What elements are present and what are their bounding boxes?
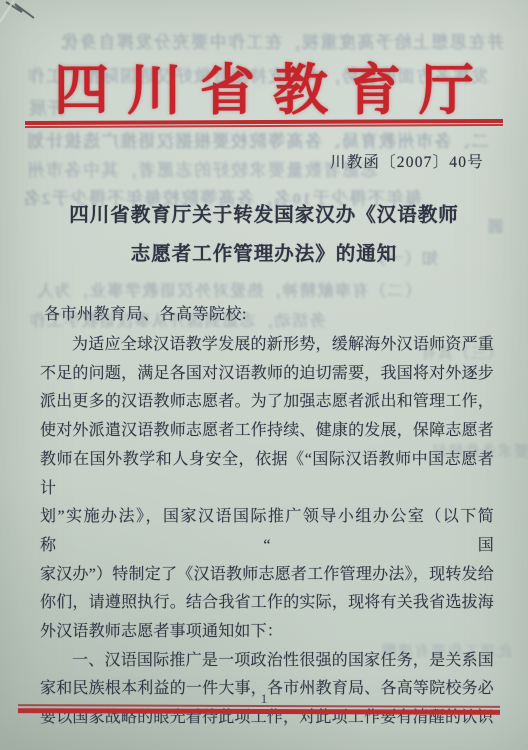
bleedthrough-text: （二）有奉献精神，热爱对外汉语教学事业，为人 <box>36 278 421 301</box>
paragraph-line: 派出更多的汉语教师志愿者。为了加强志愿者派出和管理工作， <box>40 388 494 417</box>
paragraph: 一、汉语国际推广是一项政治性很强的国家任务，是关系国家和民族根本利益的一件大事，… <box>40 647 494 733</box>
footer-red-rules <box>18 704 500 714</box>
scanned-document-page: 并在思想上给予高度重视，在工作中要充分发挥自身优发挥多方面的优势，大力支持配合做… <box>0 0 528 750</box>
letterhead-double-rule <box>25 119 503 128</box>
paragraph-line: 教师在国外教学和人身安全，依据《“国际汉语教师中国志愿者计 <box>40 446 494 503</box>
salutation: 各市州教育局、各高等院校: <box>44 301 247 324</box>
bleedthrough-text: 二、各市州教育局、各高等院校要根据汉语推广选拔计划 <box>26 127 489 152</box>
title-line: 志愿者工作管理办法》的通知 <box>0 235 528 274</box>
footer-thin-line <box>18 704 500 707</box>
paragraph: 为适应全球汉语教学发展的新形势，缓解海外汉语师资严重不足的问题，满足各国对汉语教… <box>40 331 494 647</box>
paragraph-line: 家汉办”）特制定了《汉语教师志愿者工作管理办法》，现转发给 <box>40 561 494 590</box>
document-title: 四川省教育厅关于转发国家汉办《汉语教师志愿者工作管理办法》的通知 <box>0 196 528 274</box>
paragraph-line: 不足的问题，满足各国对汉语教师的迫切需要，我国将对外逐步 <box>40 360 494 389</box>
document-body: 为适应全球汉语教学发展的新形势，缓解海外汉语师资严重不足的问题，满足各国对汉语教… <box>40 331 494 733</box>
paragraph-line: 为适应全球汉语教学发展的新形势，缓解海外汉语师资严重 <box>40 331 494 360</box>
corner-scratch-mark <box>0 0 60 34</box>
bleedthrough-text: 志愿者数量要求较好的志愿者，其中各市州 <box>26 156 378 181</box>
paragraph-line: 使对外派遣汉语教师志愿者工作持续、健康的发展，保障志愿者 <box>40 417 494 446</box>
paragraph-line: 外汉语教师志愿者事项通知如下： <box>40 618 494 647</box>
title-line: 四川省教育厅关于转发国家汉办《汉语教师 <box>0 196 528 235</box>
paragraph-line: 划”实施办法》，国家汉语国际推广领导小组办公室（以下简称“国 <box>40 503 494 560</box>
letterhead-agency-name: 四川省教育厅 <box>0 46 528 125</box>
paragraph-line: 你们，请遵照执行。结合我省工作的实际，现将有关我省选拔海 <box>40 589 494 618</box>
document-reference-number: 川教函〔2007〕40号 <box>330 150 484 172</box>
paragraph-line: 一、汉语国际推广是一项政治性很强的国家任务，是关系国 <box>40 647 494 676</box>
